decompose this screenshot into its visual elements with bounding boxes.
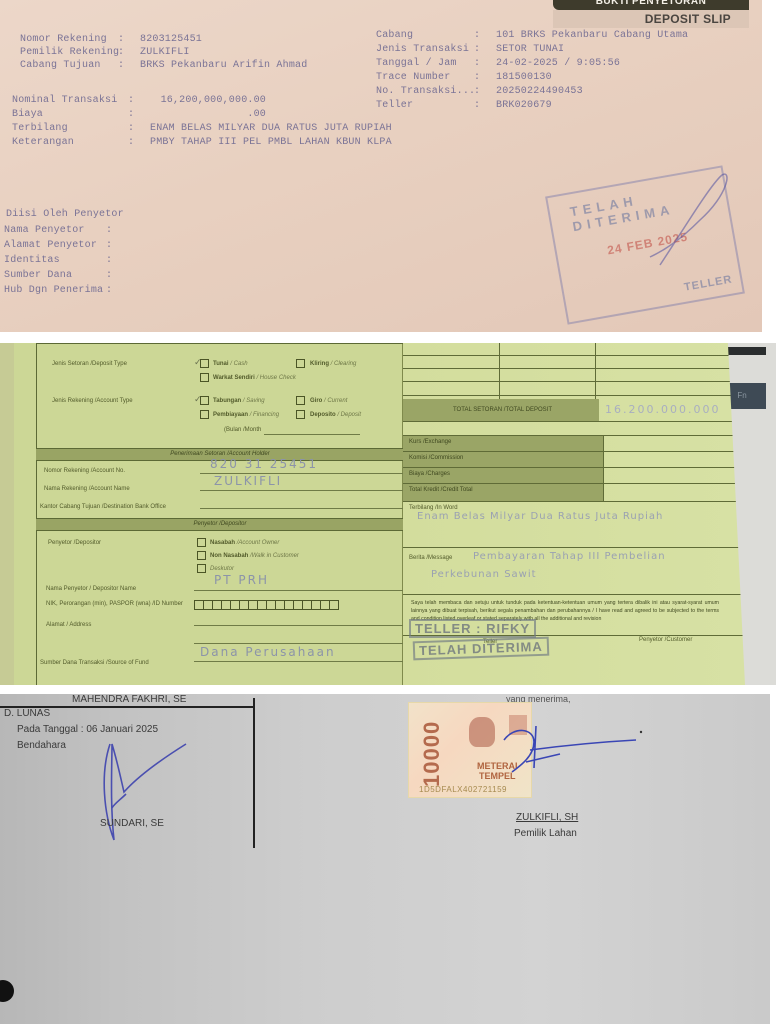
checkbox-account-owner[interactable] <box>197 538 206 547</box>
checkbox-house-check[interactable] <box>200 373 209 382</box>
field-separator: : <box>106 240 126 251</box>
option-clearing: Kliring / Clearing <box>310 361 356 367</box>
grid-line <box>403 501 743 502</box>
field-label: Terbilang <box>12 123 128 134</box>
exchange-label: Kurs /Exchange <box>409 439 451 445</box>
checkbox-walk-in[interactable] <box>197 551 206 560</box>
received-stamp: TELAH DITERIMA <box>413 637 549 661</box>
field-line <box>194 625 404 626</box>
field-label: Teller <box>376 100 474 111</box>
receipt-field-row: Trace Number :181500130 <box>376 72 552 83</box>
field-label: Jenis Transaksi <box>376 44 474 55</box>
receipt-field-row: Cabang :101 BRKS Pekanbaru Cabang Utama <box>376 30 688 41</box>
option-saving: Tabungan / Saving <box>213 398 265 404</box>
checkbox-clearing[interactable] <box>296 359 305 368</box>
grid-line <box>403 483 741 484</box>
field-separator: : <box>128 95 150 106</box>
check-mark-icon: ✓ <box>194 357 202 368</box>
field-value: 181500130 <box>496 72 552 83</box>
signature-document: MAHENDRA FAKHRI, SE yang menerima, D. LU… <box>0 694 770 1024</box>
field-line <box>194 590 404 591</box>
payment-status: D. LUNAS <box>4 708 50 719</box>
receipt-header-subtitle: DEPOSIT SLIP <box>553 10 749 28</box>
option-current: Giro / Current <box>310 398 347 404</box>
depositor-label: Penyetor /Depositor <box>48 540 101 546</box>
field-separator: : <box>474 44 496 55</box>
owner-role: Pemilik Lahan <box>514 828 577 839</box>
option-house-check: Warkat Sendiri / House Check <box>213 375 296 381</box>
account-name-label: Nama Rekening /Account Name <box>44 486 130 492</box>
receipt-field-row: Alamat Penyetor : <box>4 240 126 251</box>
message-label: Berita /Message <box>409 555 452 561</box>
charges-label: Biaya /Charges <box>409 471 450 477</box>
receipt-field-row: Pemilik Rekening:ZULKIFLI <box>20 47 190 58</box>
option-other: Deskutor <box>210 566 234 572</box>
grid-line <box>403 594 745 595</box>
field-value: ZULKIFLI <box>140 47 190 58</box>
receipt-field-row: No. Transaksi...:20250224490453 <box>376 86 583 97</box>
field-label: Cabang <box>376 30 474 41</box>
field-label: Biaya <box>12 109 128 120</box>
field-separator: : <box>106 285 126 296</box>
field-separator: : <box>118 34 140 45</box>
background <box>762 0 776 332</box>
field-label: Pemilik Rekening <box>20 47 118 58</box>
receipt-field-row: Identitas : <box>4 255 126 266</box>
grid-line <box>403 451 739 452</box>
option-cash: Tunai / Cash <box>213 361 248 367</box>
grid-line <box>403 395 733 396</box>
depositor-sign-label: Penyetor /Customer <box>639 637 692 643</box>
field-separator: : <box>474 72 496 83</box>
id-digit-box[interactable] <box>329 600 339 610</box>
field-label: No. Transaksi... <box>376 86 474 97</box>
field-label: Identitas <box>4 255 106 266</box>
checkbox-current[interactable] <box>296 396 305 405</box>
account-no-label: Nomor Rekening /Account No. <box>44 468 125 474</box>
field-value: 8203125451 <box>140 34 202 45</box>
account-no-value: 820 31 25451 <box>210 457 318 471</box>
field-line <box>200 508 404 509</box>
field-separator: : <box>106 270 126 281</box>
top-signatory-name: MAHENDRA FAKHRI, SE <box>72 694 186 705</box>
receipt-field-row: Nomor Rekening :8203125451 <box>20 34 202 45</box>
field-separator: : <box>474 30 496 41</box>
field-separator: : <box>118 60 140 71</box>
grid-line <box>403 547 745 548</box>
commission-label: Komisi /Commission <box>409 455 463 461</box>
account-type-label: Jenis Rekening /Account Type <box>52 398 133 404</box>
depositor-name-value: PT PRH <box>214 573 269 587</box>
printed-deposit-receipt: BUKTI PENYETORAN DEPOSIT SLIP Nomor Reke… <box>0 0 762 332</box>
field-label: Sumber Dana <box>4 270 106 281</box>
field-label: Trace Number <box>376 72 474 83</box>
receipt-field-row: Biaya :.00 <box>12 109 266 120</box>
receipt-header-title: BUKTI PENYETORAN <box>553 0 749 10</box>
grid-line <box>403 355 733 356</box>
message-value-line-2: Perkebunan Sawit <box>431 569 537 580</box>
grid-line <box>403 368 733 369</box>
form-right-page: TOTAL SETORAN /TOTAL DEPOSIT 16.200.000.… <box>403 343 745 685</box>
checkbox-deposit[interactable] <box>296 410 305 419</box>
field-value: 101 BRKS Pekanbaru Cabang Utama <box>496 30 688 41</box>
month-label: (Bulan /Month <box>224 427 261 433</box>
deposit-type-label: Jenis Setoran /Deposit Type <box>52 361 127 367</box>
depositor-name-label: Nama Penyetor / Depositor Name <box>46 586 136 592</box>
field-value: 16,200,000,000.00 <box>150 95 266 106</box>
field-label: Cabang Tujuan <box>20 60 118 71</box>
field-separator: : <box>106 255 126 266</box>
receipt-field-row: Cabang Tujuan :BRKS Pekanbaru Arifin Ahm… <box>20 60 307 71</box>
owner-signature <box>500 722 650 782</box>
stamp-value: 10000 <box>419 721 445 787</box>
receipt-field-row: Hub Dgn Penerima: <box>4 285 126 296</box>
grid-line <box>403 421 737 422</box>
grid-line <box>499 343 500 399</box>
field-separator: : <box>474 58 496 69</box>
grid-line <box>403 467 741 468</box>
checkbox-financing[interactable] <box>200 410 209 419</box>
branch-label: Kantor Cabang Tujuan /Destination Bank O… <box>40 504 166 510</box>
check-mark-icon: ✓ <box>194 394 202 405</box>
field-label: Nominal Transaksi <box>12 95 128 106</box>
treasurer-role: Bendahara <box>17 740 66 751</box>
field-value: PMBY TAHAP III PEL PMBL LAHAN KBUN KLPA <box>150 137 392 148</box>
grid-line <box>603 435 604 501</box>
teller-signature <box>640 165 740 275</box>
field-value: 20250224490453 <box>496 86 583 97</box>
field-value: SETOR TUNAI <box>496 44 564 55</box>
field-separator: : <box>128 123 150 134</box>
field-separator: : <box>128 137 150 148</box>
divider <box>253 698 255 848</box>
receipt-field-row: Teller :BRK020679 <box>376 100 552 111</box>
stamp-serial: 1D5DFALX402721159 <box>419 785 507 794</box>
grid-line <box>595 343 596 399</box>
id-number-label: NIK, Perorangan (min), PASPOR (wna) /ID … <box>46 601 186 608</box>
form-border <box>36 343 37 685</box>
receipt-field-row: Jenis Transaksi :SETOR TUNAI <box>376 44 564 55</box>
option-account-owner: Nasabah /Account Owner <box>210 540 279 546</box>
field-label: Hub Dgn Penerima <box>4 285 106 296</box>
checkbox-other[interactable] <box>197 564 206 573</box>
account-name-value: ZULKIFLI <box>214 474 282 488</box>
field-line <box>194 643 404 644</box>
address-label: Alamat / Address <box>46 622 91 628</box>
receipt-field-row: Nominal Transaksi:16,200,000,000.00 <box>12 95 266 106</box>
total-credit-label: Total Kredit /Credit Total <box>409 487 473 493</box>
field-separator: : <box>106 225 126 236</box>
field-separator: : <box>474 100 496 111</box>
field-value: BRKS Pekanbaru Arifin Ahmad <box>140 60 307 71</box>
treasurer-name: SUNDARI, SE <box>100 818 164 829</box>
field-value: .00 <box>150 109 266 120</box>
background <box>0 685 776 693</box>
month-field-line <box>264 434 360 435</box>
total-deposit-label: TOTAL SETORAN /TOTAL DEPOSIT <box>453 407 552 413</box>
garuda-emblem-icon <box>469 717 495 747</box>
in-words-value: Enam Belas Milyar Dua Ratus Juta Rupiah <box>417 511 663 522</box>
total-deposit-value: 16.200.000.000 <box>605 403 720 416</box>
field-label: Nama Penyetor <box>4 225 106 236</box>
source-of-fund-value: Dana Perusahaan <box>200 645 336 659</box>
option-deposit: Deposito / Deposit <box>310 412 361 418</box>
field-line <box>194 661 404 662</box>
depositor-section-title: Diisi Oleh Penyetor <box>6 209 124 220</box>
grid-line <box>403 435 739 436</box>
grid-line <box>403 381 733 382</box>
receipt-field-row: Tanggal / Jam :24-02-2025 / 9:05:56 <box>376 58 620 69</box>
source-of-fund-label: Sumber Dana Transaksi /Source of Fund <box>40 660 149 666</box>
id-number-boxes[interactable] <box>194 600 338 610</box>
receipt-field-row: Terbilang :ENAM BELAS MILYAR DUA RATUS J… <box>12 123 392 134</box>
field-value: BRK020679 <box>496 100 552 111</box>
message-value-line-1: Pembayaran Tahap III Pembelian <box>473 551 666 562</box>
receipt-field-row: Nama Penyetor : <box>4 225 126 236</box>
receipt-field-row: Sumber Dana : <box>4 270 126 281</box>
field-label: Keterangan <box>12 137 128 148</box>
field-separator: : <box>474 86 496 97</box>
form-left-page: Jenis Setoran /Deposit Type Tunai / Cash… <box>14 343 404 685</box>
field-label: Nomor Rekening <box>20 34 118 45</box>
background <box>770 694 776 1024</box>
field-separator: : <box>118 47 140 58</box>
dark-dot <box>0 980 14 1002</box>
option-financing: Pembiayaan / Financing <box>213 412 279 418</box>
handwritten-deposit-form: Fn Jenis Setoran /Deposit Type Tunai / C… <box>0 343 776 685</box>
depositor-header: Penyetor /Depositor <box>36 518 404 531</box>
field-label: Alamat Penyetor <box>4 240 106 251</box>
field-value: 24-02-2025 / 9:05:56 <box>496 58 620 69</box>
receipt-field-row: Keterangan :PMBY TAHAP III PEL PMBL LAHA… <box>12 137 392 148</box>
form-border <box>36 343 404 346</box>
owner-name: ZULKIFLI, SH <box>516 812 578 823</box>
field-separator: : <box>128 109 150 120</box>
teller-stamp: TELLER : RIFKY <box>409 619 536 638</box>
stamp-teller: TELLER <box>683 273 733 293</box>
field-value: ENAM BELAS MILYAR DUA RATUS JUTA RUPIAH <box>150 123 392 134</box>
field-label: Tanggal / Jam <box>376 58 474 69</box>
field-line <box>200 490 404 491</box>
option-walk-in: Non Nasabah /Walk in Customer <box>210 553 299 559</box>
